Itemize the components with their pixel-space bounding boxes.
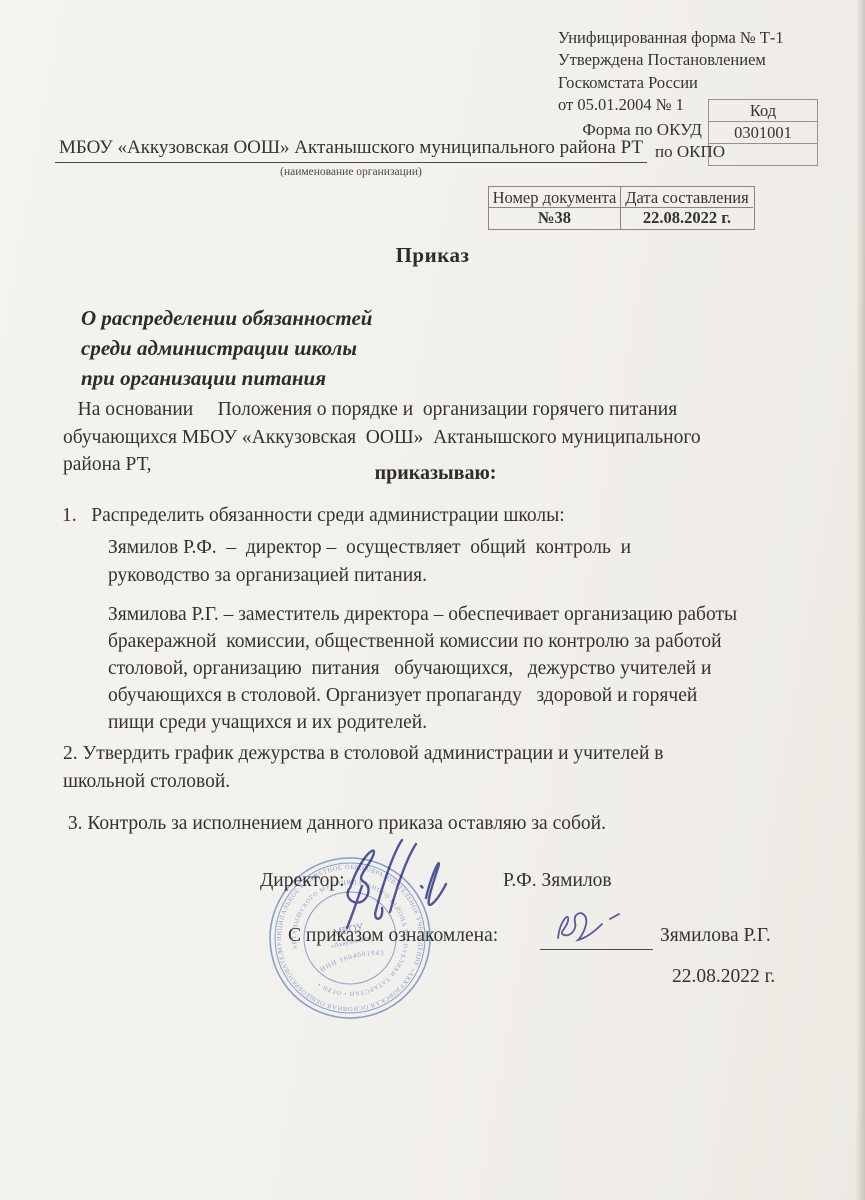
- order-item-1: 1. Распределить обязанности среди админи…: [62, 505, 565, 527]
- order-item-1-deputy-duty: Зямилова Р.Г. – заместитель директора – …: [108, 601, 737, 736]
- acknowledgement-signature-icon: [550, 906, 638, 950]
- scan-edge-shadow: [856, 0, 865, 1200]
- code-okpo-value: [709, 143, 817, 165]
- decree-word: приказываю:: [63, 462, 808, 485]
- scanned-order-document: Унифицированная форма № Т-1Утверждена По…: [0, 0, 865, 1200]
- svg-text:ИНН 1604001943: ИНН 1604001943: [317, 946, 387, 975]
- doc-date-value: 22.08.2022 г.: [621, 208, 753, 229]
- doc-number-header: Номер документа: [489, 187, 621, 208]
- code-okud-value: 0301001: [709, 121, 817, 143]
- okpo-label: по ОКПО: [655, 142, 725, 162]
- organization-name: МБОУ «Аккузовская ООШ» Актанышского муни…: [55, 137, 647, 163]
- document-title: Приказ: [0, 243, 865, 268]
- stamp-inn-text: ИНН 1604001943: [317, 946, 387, 975]
- acknowledgement-name: Зямилова Р.Г.: [660, 925, 771, 947]
- doc-date-header: Дата составления: [621, 187, 753, 208]
- order-item-2: 2. Утвердить график дежурства в столовой…: [63, 740, 663, 796]
- signature-date: 22.08.2022 г.: [672, 966, 775, 988]
- director-signature-icon: [320, 834, 452, 936]
- order-item-1-director-duty: Зямилов Р.Ф. – директор – осуществляет о…: [108, 534, 631, 589]
- order-subject: О распределении обязанностейсреди админи…: [81, 303, 372, 393]
- document-number-table: Номер документа Дата составления №38 22.…: [488, 186, 755, 230]
- organization-caption: (наименование организации): [55, 166, 647, 178]
- director-name: Р.Ф. Зямилов: [503, 870, 612, 892]
- order-item-3: 3. Контроль за исполнением данного прика…: [63, 813, 606, 835]
- doc-number-value: №38: [489, 208, 621, 229]
- code-table-header: Код: [709, 100, 817, 121]
